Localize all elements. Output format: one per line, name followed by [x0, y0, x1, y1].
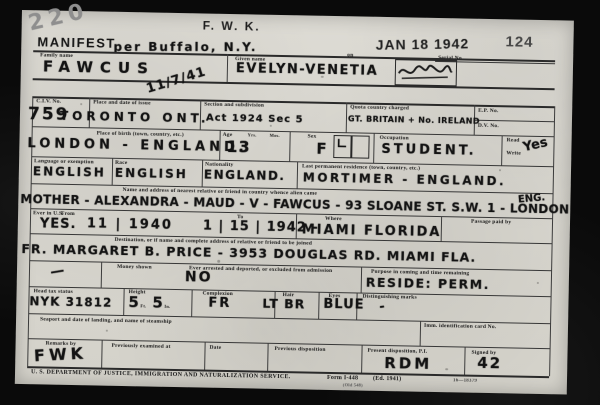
eyes-value: BLUE — [323, 297, 364, 313]
grid-line — [549, 106, 555, 376]
quota-country-value: GT. BRITAIN + No. IRELAND — [348, 114, 480, 126]
height-ft-value: 5 — [128, 293, 139, 311]
scan-speck — [321, 76, 324, 78]
scan-speck — [106, 330, 108, 332]
write-label: Write — [506, 150, 521, 157]
previously-examined-label: Previously examined at — [112, 343, 171, 350]
scan-speck — [270, 125, 272, 127]
passage-paid-label: Passage paid by — [471, 219, 511, 226]
scan-speck — [445, 368, 448, 370]
previous-disposition-label: Previous disposition — [274, 346, 325, 353]
language-value: ENGLISH — [33, 164, 106, 179]
ep-no-label: E.P. No. — [478, 108, 498, 115]
sex-label: Sex — [308, 134, 317, 140]
sex-value: F — [316, 140, 327, 158]
present-disposition-value: RDM — [384, 354, 432, 373]
family-name-value: FAWCUS — [43, 57, 155, 77]
money-shown-label: Money shown — [117, 264, 152, 271]
remarks-by-value: FWK — [34, 344, 88, 366]
grid-line — [101, 340, 103, 368]
grid-line — [361, 267, 362, 293]
money-shown-value: — — [49, 262, 65, 280]
height-in-label: In. — [164, 304, 170, 309]
grid-line — [191, 289, 193, 316]
head-tax-value: NYK 31812 — [29, 294, 112, 310]
inspector-initials-stamp: F. W. K. — [203, 18, 261, 33]
grid-line — [464, 347, 466, 375]
page-number: 124 — [505, 33, 533, 51]
nationality-value: ENGLAND. — [204, 168, 286, 184]
scan-background: 220 F. W. K. MANIFEST per Buffalo, N.Y. … — [0, 0, 600, 405]
section-label: Section and subdivision — [204, 102, 264, 109]
given-name-value: EVELYN-VENETIA — [236, 61, 379, 79]
section-value: Act 1924 Sec 5 — [206, 113, 304, 126]
quota-country-label: Quota country charged — [350, 104, 409, 111]
last-residence-value: MORTIMER - ENGLAND. — [303, 170, 507, 188]
scan-speck — [217, 260, 220, 263]
date-received-stamp: JAN 18 1942 — [376, 35, 470, 52]
occupation-value: STUDENT. — [381, 142, 476, 159]
purpose-value: RESIDE: PERM. — [366, 275, 490, 292]
grid-line — [474, 120, 554, 123]
grid-line — [318, 292, 320, 319]
where-label: Where — [325, 216, 342, 223]
grid-line — [204, 342, 206, 370]
date-label: Date — [209, 345, 221, 352]
complexion-value: FR — [208, 296, 231, 311]
signed-by-value: 42 — [477, 354, 502, 372]
scan-speck — [499, 169, 501, 171]
admission-stamp-scribble — [396, 60, 454, 83]
footer-edition: (Ed. 1941) — [373, 376, 401, 383]
footer-old-form: (Old 548) — [343, 382, 363, 388]
scan-speck — [537, 282, 539, 284]
manifest-title: MANIFEST — [37, 35, 116, 50]
grid-line — [289, 131, 291, 161]
hair-value: LT BR — [262, 296, 305, 312]
dv-no-label: D.V. No. — [478, 123, 499, 130]
grid-line — [33, 78, 555, 90]
occupation-label: Occupation — [380, 135, 409, 142]
grid-line — [361, 345, 363, 373]
grid-line — [123, 288, 125, 315]
ever-in-us-from-value: 11 | 1940 — [87, 216, 173, 233]
age-value: 13 — [226, 137, 251, 156]
where-value: MIAMI FLORIDA — [302, 222, 442, 240]
arrested-value: NO — [185, 269, 213, 286]
grid-line — [112, 158, 114, 185]
admission-stamp-box — [395, 59, 457, 86]
marital-status-mark: ∟ — [336, 137, 347, 152]
grid-line — [501, 135, 503, 165]
height-ft-label: Ft. — [140, 303, 146, 308]
distinguishing-marks-value: - — [379, 299, 386, 315]
marital-status-box-2 — [351, 135, 369, 158]
race-value: ENGLISH — [115, 166, 188, 181]
grid-line — [373, 133, 375, 163]
footer-print-code: 16—18379 — [453, 378, 477, 384]
scan-speck — [80, 103, 82, 105]
place-date-issue-value: TORONTO ONT. — [60, 109, 210, 126]
grid-line — [420, 321, 421, 346]
grid-line — [227, 54, 229, 82]
grid-line — [267, 343, 269, 371]
pencil-page-number: 220 — [26, 0, 91, 36]
grid-line — [297, 161, 299, 188]
read-write-value: Yes — [522, 135, 550, 155]
height-in-value: 5 — [152, 294, 163, 312]
distinguishing-marks-label: Distinguishing marks — [362, 294, 416, 301]
place-date-issue-label: Place and date of issue — [93, 99, 151, 106]
birthplace-value: LONDON - ENGLAND. — [27, 136, 248, 155]
manifest-card: 220 F. W. K. MANIFEST per Buffalo, N.Y. … — [15, 10, 574, 395]
ever-in-us-value: YES. — [40, 216, 77, 232]
relative-value-suffix: ENG. — [518, 192, 546, 205]
id-card-label: Imm. identification card No. — [424, 323, 496, 331]
grid-line — [101, 262, 102, 288]
seaport-label: Seaport and date of landing, and name of… — [40, 316, 172, 325]
read-label: Read — [507, 137, 520, 144]
age-mos-label: Mos. — [270, 133, 280, 138]
